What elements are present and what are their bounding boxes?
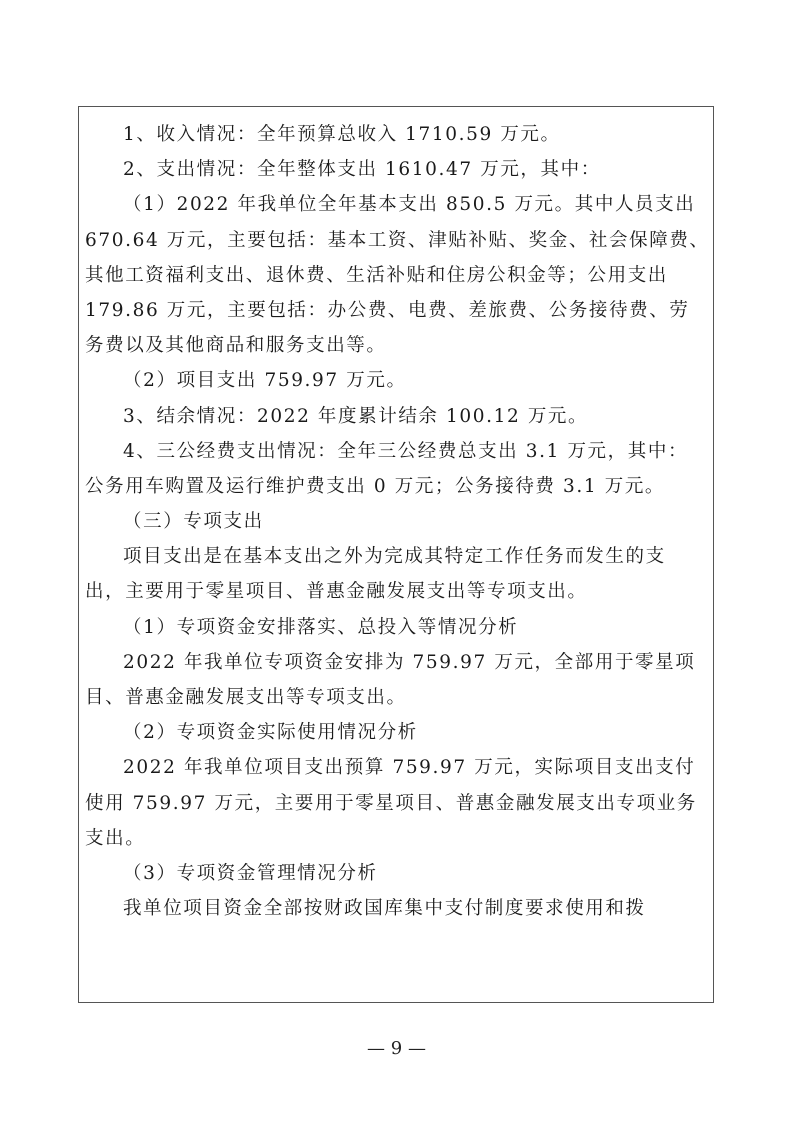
paragraph-income: 1、收入情况：全年预算总收入 1710.59 万元。 xyxy=(85,117,709,152)
subheading-fund-usage: （2）专项资金实际使用情况分析 xyxy=(85,715,709,750)
paragraph-balance: 3、结余情况：2022 年度累计结余 100.12 万元。 xyxy=(85,399,709,434)
paragraph-special-expenditure-cont: 出，主要用于零星项目、普惠金融发展支出等专项支出。 xyxy=(85,574,709,609)
content-frame: 1、收入情况：全年预算总收入 1710.59 万元。 2、支出情况：全年整体支出… xyxy=(78,106,714,1003)
paragraph-fund-usage: 2022 年我单位项目支出预算 759.97 万元，实际项目支出支付 xyxy=(85,750,709,785)
subheading-fund-management: （3）专项资金管理情况分析 xyxy=(85,856,709,891)
paragraph-basic-expenditure-cont: 179.86 万元，主要包括：办公费、电费、差旅费、公务接待费、劳 xyxy=(85,293,709,328)
section-heading-special-expenditure: （三）专项支出 xyxy=(85,504,709,539)
paragraph-expenditure: 2、支出情况：全年整体支出 1610.47 万元，其中： xyxy=(85,152,709,187)
paragraph-basic-expenditure-cont: 670.64 万元，主要包括：基本工资、津贴补贴、奖金、社会保障费、 xyxy=(85,223,709,258)
paragraph-fund-arrangement-cont: 目、普惠金融发展支出等专项支出。 xyxy=(85,680,709,715)
subheading-fund-arrangement: （1）专项资金安排落实、总投入等情况分析 xyxy=(85,610,709,645)
paragraph-project-expenditure: （2）项目支出 759.97 万元。 xyxy=(85,363,709,398)
document-body: 1、收入情况：全年预算总收入 1710.59 万元。 2、支出情况：全年整体支出… xyxy=(85,117,709,926)
paragraph-fund-arrangement: 2022 年我单位专项资金安排为 759.97 万元，全部用于零星项 xyxy=(85,645,709,680)
paragraph-fund-usage-cont: 使用 759.97 万元，主要用于零星项目、普惠金融发展支出专项业务 xyxy=(85,786,709,821)
paragraph-basic-expenditure: （1）2022 年我单位全年基本支出 850.5 万元。其中人员支出 xyxy=(85,187,709,222)
paragraph-fund-usage-cont: 支出。 xyxy=(85,821,709,856)
paragraph-basic-expenditure-cont: 务费以及其他商品和服务支出等。 xyxy=(85,328,709,363)
page-number: — 9 — xyxy=(0,1038,793,1059)
paragraph-three-public-expenses: 4、三公经费支出情况：全年三公经费总支出 3.1 万元，其中： xyxy=(85,434,709,469)
paragraph-special-expenditure: 项目支出是在基本支出之外为完成其特定工作任务而发生的支 xyxy=(85,539,709,574)
paragraph-basic-expenditure-cont: 其他工资福利支出、退休费、生活补贴和住房公积金等；公用支出 xyxy=(85,258,709,293)
paragraph-three-public-expenses-cont: 公务用车购置及运行维护费支出 0 万元；公务接待费 3.1 万元。 xyxy=(85,469,709,504)
paragraph-fund-management: 我单位项目资金全部按财政国库集中支付制度要求使用和拨 xyxy=(85,891,709,926)
